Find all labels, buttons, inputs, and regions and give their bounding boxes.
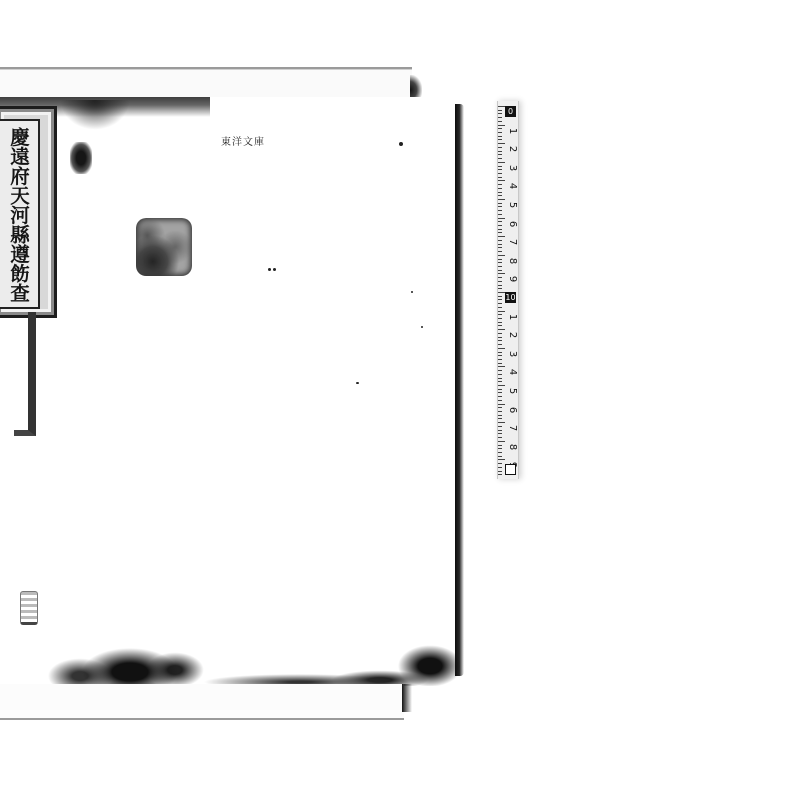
ruler-tick <box>498 437 502 438</box>
ink-smudge <box>70 142 92 174</box>
ruler-tick <box>498 266 502 267</box>
ink-speck <box>399 142 403 146</box>
ruler-tick <box>498 121 502 122</box>
ruler-tick <box>498 467 502 468</box>
ruler-tick <box>498 262 502 263</box>
ruler-tick <box>498 110 502 111</box>
ruler-tick <box>498 459 505 460</box>
ruler-tick <box>498 218 505 219</box>
top-annotation: 東洋文庫 <box>221 133 265 148</box>
ruler-marker-10: 10 <box>505 292 516 303</box>
measurement-ruler: 012345678910123456789 <box>497 101 519 479</box>
page-top-stain-2 <box>60 100 130 130</box>
title-slip-text: 慶遠府天河縣遵飭查 <box>6 127 30 303</box>
ruler-tick <box>498 355 502 356</box>
ruler-tick <box>498 106 505 107</box>
ink-speck <box>356 382 359 384</box>
ruler-tick <box>498 162 505 163</box>
ruler-tick <box>498 288 502 289</box>
ruler-tick <box>498 366 505 367</box>
page-edge-shadow <box>455 104 464 676</box>
ruler-tick <box>498 441 505 442</box>
ruler-tick <box>498 430 502 431</box>
ruler-tick <box>498 240 502 241</box>
ruler-tick <box>498 452 502 453</box>
ruler-tick <box>498 247 502 248</box>
ruler-tick <box>498 225 502 226</box>
ruler-tick <box>498 307 502 308</box>
ink-speck <box>421 326 423 328</box>
ruler-tick <box>498 404 505 405</box>
ruler-tick <box>498 407 502 408</box>
ruler-tick <box>498 232 502 233</box>
small-seal-icon <box>20 591 38 625</box>
ruler-label: 4 <box>507 180 517 192</box>
ruler-tick <box>498 415 502 416</box>
ruler-label: 1 <box>507 125 517 137</box>
ruler-tick <box>498 255 505 256</box>
ruler-tick <box>498 333 502 334</box>
ruler-tick <box>498 188 502 189</box>
ruler-tick <box>498 236 505 237</box>
ruler-tick <box>498 210 502 211</box>
ruler-tick <box>498 448 502 449</box>
ruler-tick <box>498 177 502 178</box>
ruler-tick <box>498 378 502 379</box>
ruler-tick <box>498 128 502 129</box>
ruler-tick <box>498 166 502 167</box>
ruler-tick <box>498 173 502 174</box>
ruler-label: 2 <box>507 329 517 341</box>
ruler-tick <box>498 281 502 282</box>
ruler-tick <box>498 285 502 286</box>
ruler-tick <box>498 400 502 401</box>
seal-stamp-icon <box>136 218 192 276</box>
ruler-tick <box>498 363 502 364</box>
ruler-tick <box>498 158 502 159</box>
ruler-label: 7 <box>507 422 517 434</box>
ruler-tick <box>498 292 505 293</box>
ruler-label: 4 <box>507 366 517 378</box>
mount-strip-bottom <box>0 684 404 720</box>
ruler-tick <box>498 340 502 341</box>
ruler-tick <box>498 273 505 274</box>
ruler-tick <box>498 385 505 386</box>
ruler-label: 3 <box>507 162 517 174</box>
ruler-tick <box>498 139 502 140</box>
document-page <box>0 97 458 685</box>
ruler-label: 6 <box>507 404 517 416</box>
ruler-tick <box>498 221 502 222</box>
ruler-tick <box>498 325 502 326</box>
ruler-tick <box>498 184 502 185</box>
ruler-tick <box>498 445 502 446</box>
ruler-tick <box>498 251 502 252</box>
ruler-tick <box>498 433 502 434</box>
ruler-tick <box>498 270 502 271</box>
page-bottom-stain <box>0 630 460 686</box>
ruler-tick <box>498 136 502 137</box>
ruler-tick <box>498 426 502 427</box>
ruler-tick <box>498 396 502 397</box>
ruler-label: 2 <box>507 143 517 155</box>
ruler-tick <box>498 474 502 475</box>
ruler-tick <box>498 322 502 323</box>
ruler-tick <box>498 143 505 144</box>
ruler-tick <box>498 352 502 353</box>
ruler-tick <box>498 296 502 297</box>
ruler-label: 6 <box>507 218 517 230</box>
title-slip-border <box>14 312 36 436</box>
ruler-tick <box>498 214 502 215</box>
ruler-label: 8 <box>507 255 517 267</box>
ruler-label: 3 <box>507 348 517 360</box>
ruler-tick <box>498 318 502 319</box>
ruler-tick <box>498 277 502 278</box>
ruler-tick <box>498 463 502 464</box>
ruler-label: 8 <box>507 441 517 453</box>
ruler-tick <box>498 411 502 412</box>
ink-speck <box>273 268 276 271</box>
ruler-tick <box>498 117 502 118</box>
ink-speck <box>268 268 271 271</box>
ruler-end-marker <box>505 464 516 475</box>
ruler-tick <box>498 299 502 300</box>
ruler-tick <box>498 422 505 423</box>
ruler-tick <box>498 381 502 382</box>
ruler-tick <box>498 192 502 193</box>
ruler-tick <box>498 389 502 390</box>
ruler-label: 5 <box>507 385 517 397</box>
ruler-tick <box>498 203 502 204</box>
ruler-tick <box>498 471 502 472</box>
ruler-tick <box>498 199 505 200</box>
ruler-tick <box>498 132 502 133</box>
ruler-tick <box>498 195 502 196</box>
ruler-tick <box>498 259 502 260</box>
ruler-tick <box>498 206 502 207</box>
ruler-tick <box>498 374 502 375</box>
ruler-tick <box>498 169 502 170</box>
ruler-tick <box>498 370 502 371</box>
ruler-tick <box>498 303 502 304</box>
ruler-tick <box>498 337 502 338</box>
ruler-label: 9 <box>507 273 517 285</box>
title-slip: 慶遠府天河縣遵飭查 <box>0 106 57 318</box>
ruler-tick <box>498 311 505 312</box>
ruler-tick <box>498 113 502 114</box>
ruler-tick <box>498 344 502 345</box>
ruler-tick <box>498 456 502 457</box>
ruler-tick <box>498 418 502 419</box>
ruler-tick <box>498 229 502 230</box>
ruler-tick <box>498 244 502 245</box>
ruler-tick <box>498 329 505 330</box>
ruler-tick <box>498 125 505 126</box>
ruler-label: 5 <box>507 199 517 211</box>
ruler-tick <box>498 314 502 315</box>
ruler-tick <box>498 348 505 349</box>
ruler-tick <box>498 392 502 393</box>
ruler-tick <box>498 359 502 360</box>
ruler-tick <box>498 180 505 181</box>
ruler-tick <box>498 151 502 152</box>
ruler-label: 1 <box>507 311 517 323</box>
ruler-tick <box>498 147 502 148</box>
ruler-label: 7 <box>507 236 517 248</box>
ruler-marker-0: 0 <box>505 106 516 117</box>
ink-speck <box>411 291 413 293</box>
ruler-tick <box>498 154 502 155</box>
